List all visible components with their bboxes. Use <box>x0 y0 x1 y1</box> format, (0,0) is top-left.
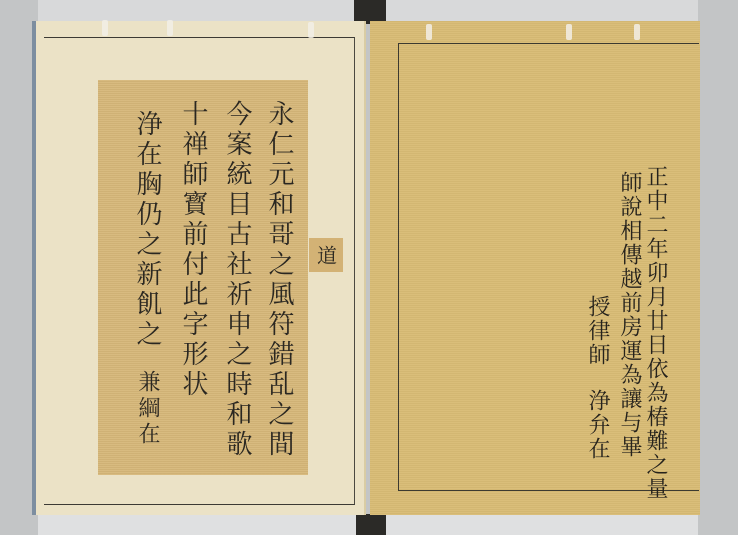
binding-thread <box>102 20 108 36</box>
binding-thread <box>308 22 314 38</box>
right-page: 正中二年卯月廿日依為椿難之量 師說相傳越前房運為讓与畢 授律師 浄弁在 <box>370 21 700 515</box>
index-tab-label: 道 <box>309 238 343 272</box>
colophon-column-1: 正中二年卯月廿日依為椿難之量 <box>642 165 668 501</box>
calligraphy-column-4: 浄在胸仍之新飢之 <box>132 110 162 350</box>
colophon-column-2: 師說相傳越前房運為讓与畢 <box>616 171 642 459</box>
calligraphy-column-1: 永仁元和哥之風符錯乱之間 <box>264 100 294 460</box>
colophon-grantee: 授律師 <box>584 295 610 367</box>
binding-thread <box>426 24 432 40</box>
calligraphy-column-2: 今案統目古社祈申之時和歌 <box>222 100 252 460</box>
signature-kanetsuna: 兼綱在 <box>132 370 162 448</box>
book-spine-bottom <box>356 514 386 535</box>
binding-thread <box>634 24 640 40</box>
binding-thread <box>566 24 572 40</box>
mounted-calligraphy-slip: 永仁元和哥之風符錯乱之間 今案統目古社祈申之時和歌 十禅師寳前付此字形状 浄在胸… <box>98 80 308 475</box>
binding-thread <box>167 20 173 36</box>
calligraphy-column-3: 十禅師寳前付此字形状 <box>178 100 208 400</box>
signature-joben: 浄弁在 <box>584 389 610 461</box>
